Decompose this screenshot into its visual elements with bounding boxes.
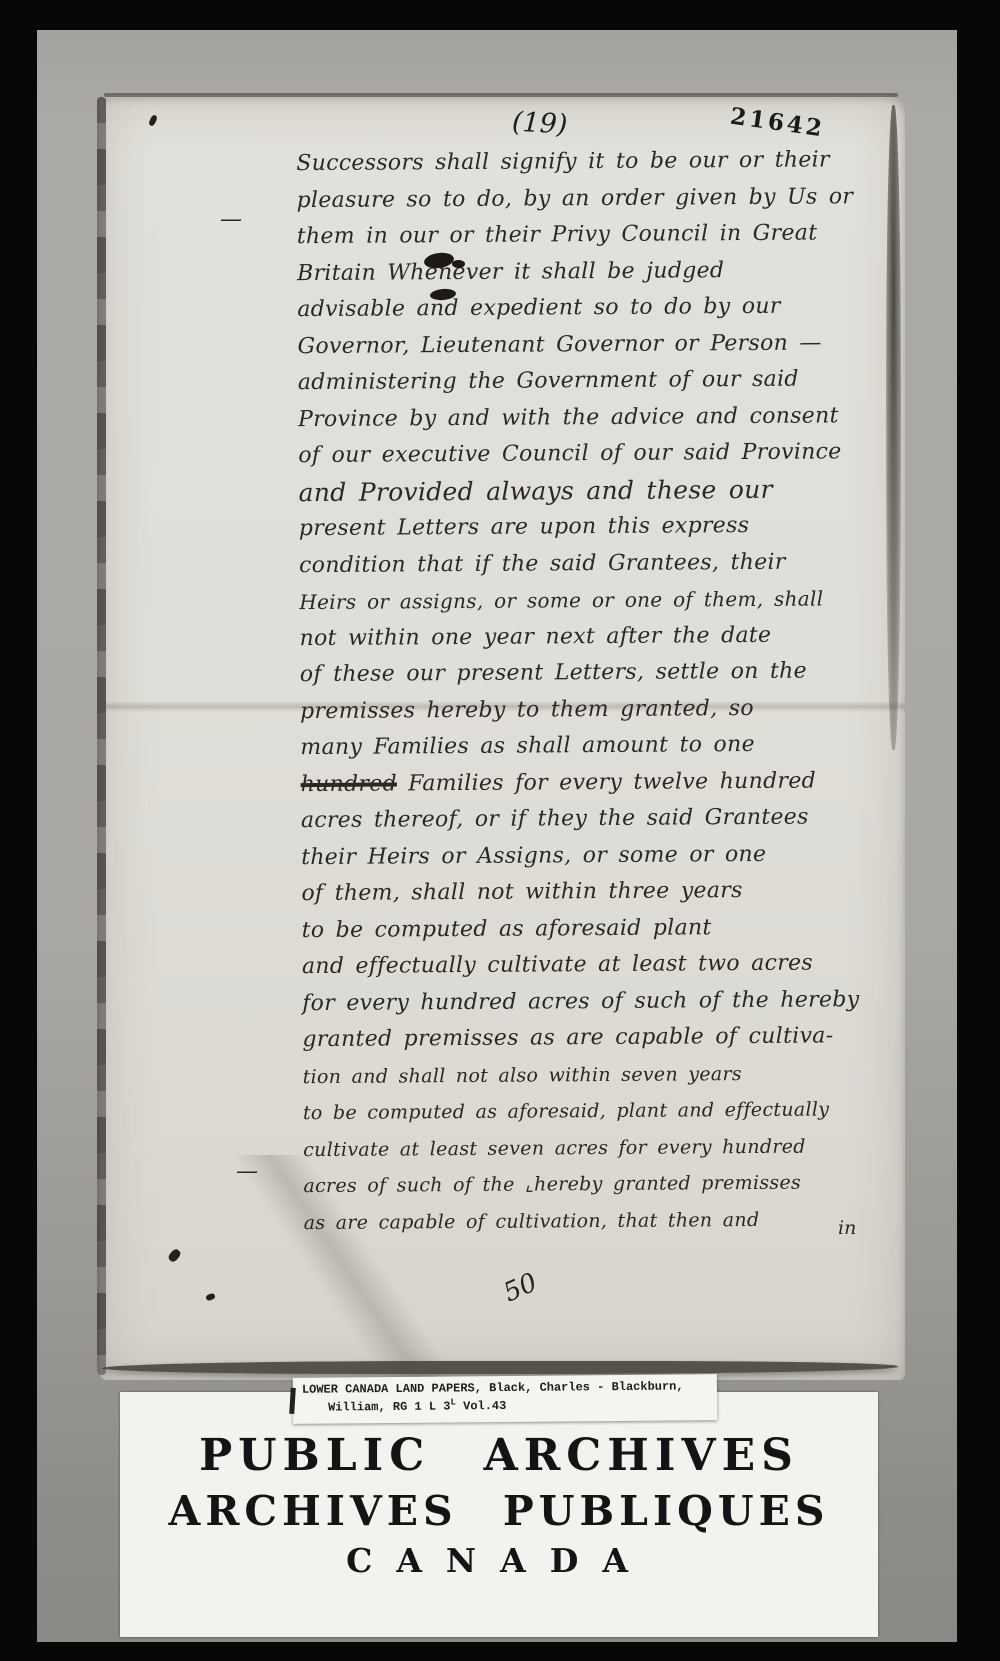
manuscript-line: of them, shall not within three years: [301, 872, 911, 913]
manuscript-line: of these our present Letters, settle on …: [300, 653, 910, 694]
margin-dash-lower: —: [236, 1159, 258, 1184]
public-archives-line-fr: ARCHIVES PUBLIQUES: [120, 1491, 878, 1532]
line-text: them in our or their Privy Council in Gr…: [297, 221, 818, 250]
line-text: Province by and with the advice and cons…: [298, 403, 839, 432]
line-text: advisable and expedient so to do by our: [297, 294, 780, 322]
ink-speck: [148, 114, 158, 127]
line-text: granted premisses as are capable of cult…: [302, 1023, 833, 1052]
manuscript-line: to be computed as aforesaid plant: [302, 908, 912, 949]
line-text: administering the Government of our said: [298, 367, 799, 395]
line-text: Families for every twelve hundred: [397, 768, 816, 796]
label-edge-mark: [289, 1388, 296, 1414]
catchword: in: [838, 1217, 856, 1239]
line-text: of them, shall not within three years: [301, 878, 742, 906]
manuscript-line: condition that if the said Grantees, the…: [299, 543, 909, 584]
line-text: tion and shall not also within seven yea…: [303, 1063, 742, 1088]
public-archives-line-canada: CANADA: [120, 1544, 878, 1577]
line-text: acres of such of the ⌞hereby granted pre…: [303, 1172, 801, 1197]
line-text: present Letters are upon this express: [299, 513, 750, 541]
page-number: (19): [511, 107, 568, 141]
public-archives-card: PUBLIC ARCHIVES ARCHIVES PUBLIQUES CANAD…: [120, 1392, 878, 1637]
ink-blot: [452, 260, 465, 268]
manuscript-line: Successors shall signify it to be our or…: [296, 142, 906, 183]
manuscript-line: Heirs or assigns, or some or one of them…: [299, 580, 909, 621]
line-text: Heirs or assigns, or some or one of them…: [299, 586, 823, 614]
line-text: to be computed as aforesaid plant: [302, 915, 712, 943]
manuscript-line: advisable and expedient so to do by our: [297, 288, 907, 329]
manuscript-line: cultivate at least seven acres for every…: [303, 1127, 913, 1168]
manuscript-line: to be computed as aforesaid, plant and e…: [303, 1091, 913, 1132]
line-text: many Families as shall amount to one: [300, 732, 755, 760]
manuscript-line: hundred Families for every twelve hundre…: [301, 762, 911, 803]
public-archives-line-en: PUBLIC ARCHIVES: [120, 1434, 878, 1478]
line-text: for every hundred acres of such of the h…: [302, 987, 859, 1016]
line-text: Governor, Lieutenant Governor or Person …: [297, 330, 821, 359]
manuscript-line: acres thereof, or if they the said Grant…: [301, 799, 911, 840]
line-text: not within one year next after the date: [300, 622, 772, 650]
archive-reference-line1: LOWER CANADA LAND PAPERS, Black, Charles…: [302, 1379, 684, 1396]
line-text: cultivate at least seven acres for every…: [303, 1135, 806, 1161]
struck-word: hundred: [301, 771, 397, 797]
reference-text: William, RG 1 L 3: [328, 1399, 451, 1414]
stamp-number: 21642: [729, 103, 827, 143]
line-text: Successors shall signify it to be our or…: [296, 147, 830, 176]
manuscript-line: them in our or their Privy Council in Gr…: [297, 215, 907, 256]
manuscript-text-block: Successors shall signify it to be our or…: [296, 142, 914, 1241]
manuscript-line: and Provided always and these our: [298, 470, 908, 511]
line-text: and effectually cultivate at least two a…: [302, 951, 813, 980]
line-text: Britain Whenever it shall be judged: [297, 258, 724, 286]
line-text: acres thereof, or if they the said Grant…: [301, 805, 809, 834]
line-text: of these our present Letters, settle on …: [300, 659, 807, 688]
manuscript-line: pleasure so to do, by an order given by …: [296, 178, 906, 219]
manuscript-line: administering the Government of our said: [298, 361, 908, 402]
line-text: premisses hereby to them granted, so: [300, 695, 754, 723]
manuscript-line: not within one year next after the date: [299, 616, 909, 657]
manuscript-line: premisses hereby to them granted, so: [300, 689, 910, 730]
manuscript-line: granted premisses as are capable of cult…: [302, 1018, 912, 1059]
line-text: as are capable of cultivation, that then…: [304, 1208, 760, 1233]
manuscript-paper: (19) 21642 Successors shall signify it t…: [100, 95, 905, 1380]
paper-top-edge: [104, 93, 898, 97]
line-text: of our executive Council of our said Pro…: [298, 439, 841, 468]
manuscript-line: Britain Whenever it shall be judged: [297, 251, 907, 292]
manuscript-line: many Families as shall amount to one: [300, 726, 910, 767]
manuscript-line: and effectually cultivate at least two a…: [302, 945, 912, 986]
line-text: pleasure so to do, by an order given by …: [296, 184, 853, 213]
manuscript-line: present Letters are upon this express: [299, 507, 909, 548]
scanned-document-page: (19) 21642 Successors shall signify it t…: [0, 0, 1000, 1661]
line-text: condition that if the said Grantees, the…: [299, 549, 786, 577]
line-text: their Heirs or Assigns, or some or one: [301, 841, 766, 869]
archive-reference-line2: William, RG 1 L 3L Vol.43: [328, 1397, 506, 1415]
manuscript-line: Governor, Lieutenant Governor or Person …: [297, 324, 907, 365]
manuscript-line: Province by and with the advice and cons…: [298, 397, 908, 438]
line-text: to be computed as aforesaid, plant and e…: [303, 1098, 829, 1124]
line-text: and Provided always and these our: [298, 474, 772, 506]
reference-volume: Vol.43: [456, 1399, 507, 1413]
manuscript-line: as are capable of cultivation, that then…: [304, 1200, 914, 1241]
archive-reference-label: LOWER CANADA LAND PAPERS, Black, Charles…: [293, 1374, 717, 1424]
manuscript-line: their Heirs or Assigns, or some or one: [301, 835, 911, 876]
margin-dash-upper: —: [220, 207, 242, 232]
manuscript-line: tion and shall not also within seven yea…: [303, 1054, 913, 1095]
manuscript-line: of our executive Council of our said Pro…: [298, 434, 908, 475]
manuscript-line: for every hundred acres of such of the h…: [302, 981, 912, 1022]
manuscript-line: acres of such of the ⌞hereby granted pre…: [303, 1164, 913, 1205]
